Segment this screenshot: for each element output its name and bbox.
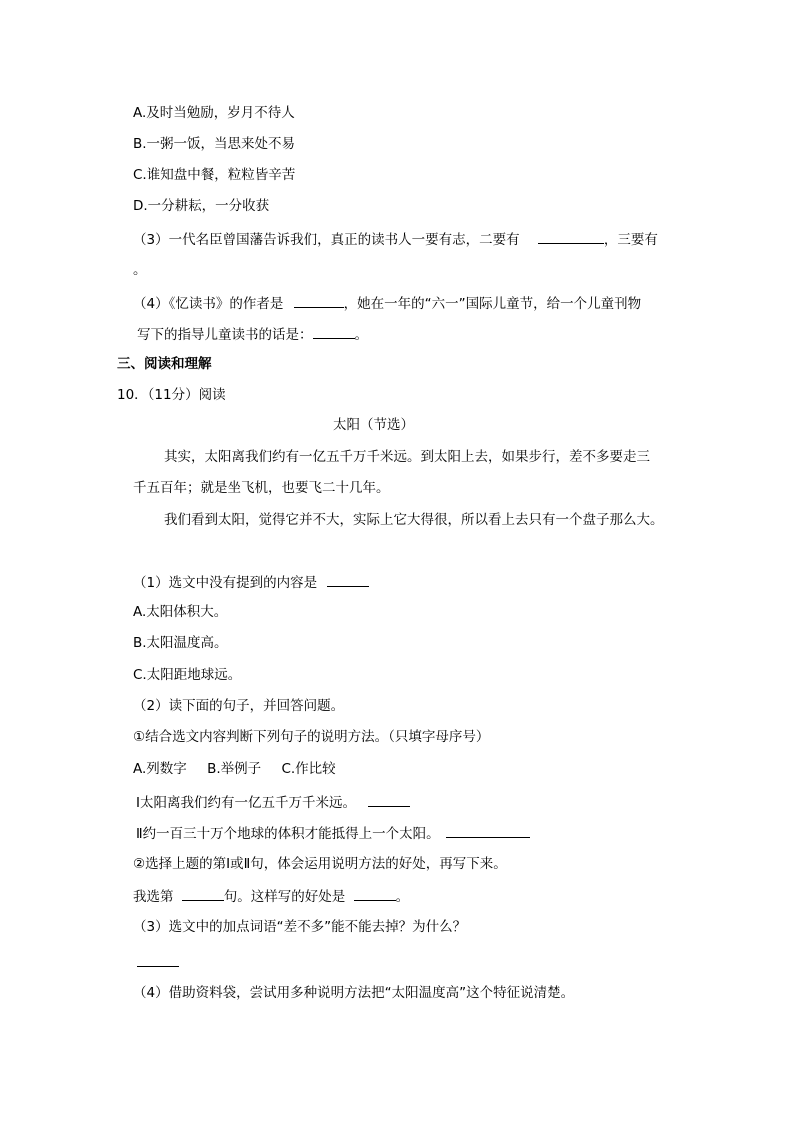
question-text: 我选第 [133, 889, 174, 905]
method-c: C.作比较 [281, 761, 335, 777]
question-9-4-line2: 写下的指导儿童读书的话是：。 [137, 324, 368, 344]
question-10-4: （4）借助资料袋，尝试用多种说明方法把“太阳温度高”这个特征说清楚。 [133, 984, 574, 1002]
method-b: B.举例子 [207, 761, 261, 777]
question-text: （4）《忆读书》的作者是 [133, 296, 283, 312]
sentence-2: Ⅱ约一百三十万个地球的体积才能抵得上一个太阳。 [136, 823, 530, 843]
section-title: 三、阅读和理解 [117, 355, 212, 373]
question-text: 写下的指导儿童读书的话是： [137, 327, 313, 343]
question-text: ，三要有 [604, 232, 658, 248]
option-d: D.一分耕耘，一分收获 [133, 197, 269, 215]
question-9-4: （4）《忆读书》的作者是 ，她在一年的“六一”国际儿童节，给一个儿童刊物 [133, 293, 641, 313]
question-9-3: （3）一代名臣曾国藩告诉我们，真正的读书人一要有志，二要有 ，三要有 [133, 229, 658, 249]
question-10-2-part1: ①结合选文内容判断下列句子的说明方法。（只填字母序号） [133, 728, 489, 746]
answer-blank[interactable] [182, 886, 224, 901]
sentence-1: Ⅰ太阳离我们约有一亿五千万千米远。 [136, 792, 410, 812]
answer-blank[interactable] [446, 823, 530, 838]
passage-title: 太阳（节选） [333, 416, 414, 434]
answer-blank[interactable] [354, 886, 396, 901]
passage-para2: 我们看到太阳，觉得它并不大，实际上它大得很，所以看上去只有一个盘子那么大。 [164, 511, 664, 529]
question-10-2-part2: ②选择上题的第Ⅰ或Ⅱ句，体会运用说明方法的好处，再写下来。 [133, 855, 507, 873]
question-text: （3）一代名臣曾国藩告诉我们，真正的读书人一要有志，二要有 [133, 232, 520, 248]
question-text: ，她在一年的“六一”国际儿童节，给一个儿童刊物 [344, 296, 642, 312]
answer-blank[interactable] [368, 792, 410, 807]
question-text: Ⅱ约一百三十万个地球的体积才能抵得上一个太阳。 [136, 826, 440, 842]
question-10-header: 10．（11分）阅读 [117, 386, 226, 404]
answer-blank[interactable] [294, 293, 344, 308]
option-a: A.及时当勉励，岁月不待人 [133, 104, 295, 122]
answer-blank[interactable] [313, 324, 355, 339]
method-a: A.列数字 [133, 761, 187, 777]
question-10-1: （1）选文中没有提到的内容是 [133, 572, 369, 592]
option-a: A.太阳体积大。 [133, 603, 227, 621]
method-options: A.列数字 B.举例子 C.作比较 [133, 760, 336, 778]
question-10-2-answer: 我选第 句。这样写的好处是 。 [133, 886, 409, 906]
question-text: 。 [396, 889, 410, 905]
question-text: （1）选文中没有提到的内容是 [133, 575, 317, 591]
question-10-3: （3）选文中的加点词语“差不多”能不能去掉？为什么？ [133, 918, 466, 936]
option-c: C.谁知盘中餐，粒粒皆辛苦 [133, 166, 295, 184]
answer-blank[interactable] [538, 229, 604, 244]
passage-para1-line2: 千五百年；就是坐飞机，也要飞二十几年。 [133, 479, 390, 497]
option-b: B.一粥一饭，当思来处不易 [133, 135, 295, 153]
option-b: B.太阳温度高。 [133, 634, 228, 652]
question-text: Ⅰ太阳离我们约有一亿五千万千米远。 [136, 795, 356, 811]
question-text: 。 [355, 327, 369, 343]
question-9-3-end: 。 [133, 261, 147, 279]
answer-blank[interactable] [137, 952, 179, 967]
question-text: 句。这样写的好处是 [224, 889, 346, 905]
passage-para1-line1: 其实，太阳离我们约有一亿五千万千米远。到太阳上去，如果步行，差不多要走三 [164, 448, 650, 466]
question-10-2: （2）读下面的句子，并回答问题。 [133, 697, 344, 715]
option-c: C.太阳距地球远。 [133, 666, 241, 684]
answer-blank[interactable] [327, 572, 369, 587]
